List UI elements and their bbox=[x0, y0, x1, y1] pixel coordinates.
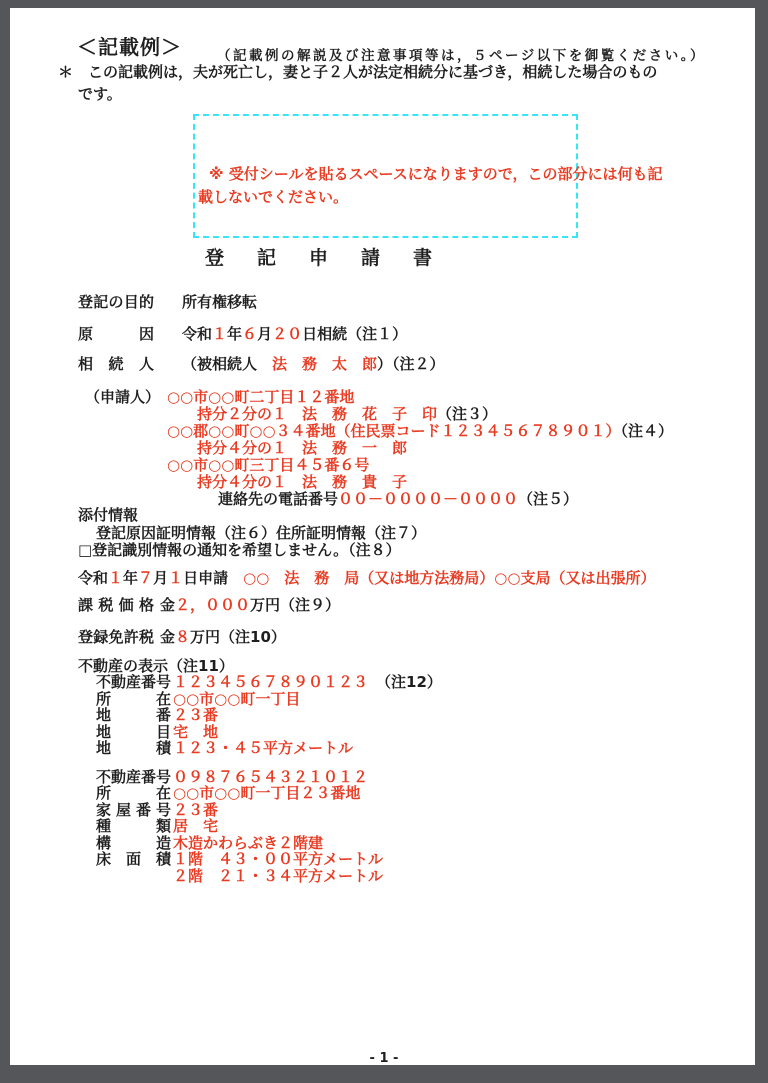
property2-type-label: 種類 bbox=[96, 818, 171, 835]
applicant-share-2: 持分４分の１ 法 務 一 郎 bbox=[197, 440, 407, 457]
applicant-address-3-text: ○○市○○町三丁目４５番６号 bbox=[167, 456, 369, 474]
applicant-address-1-text: ○○市○○町二丁目１２番地 bbox=[167, 388, 354, 406]
property2-floorarea-row1: 床面積１階 ４３・００平方メートル bbox=[96, 851, 383, 868]
contact-phone-number: ００－００００－００００ bbox=[338, 490, 518, 508]
property1-number-row: 不動産番号１２３４５６７８９０１２３（注12） bbox=[96, 674, 442, 691]
seal-space-note-line2: 載しないでください。 bbox=[198, 189, 348, 206]
cause-era: 令和 bbox=[182, 325, 212, 343]
property1-area-label: 地積 bbox=[96, 740, 171, 757]
example-description-line: ＊この記載例は，夫が死亡し，妻と子２人が法定相続分に基づき，相続した場合のもの bbox=[58, 64, 657, 81]
contact-phone-note: （注５） bbox=[518, 490, 578, 508]
application-year: １ bbox=[108, 569, 123, 587]
property2-location-value: ○○市○○町一丁目２３番地 bbox=[173, 784, 360, 802]
cause-month: ６ bbox=[242, 325, 257, 343]
registration-tax-suffix: 万円（注10） bbox=[190, 628, 286, 646]
property2-floorarea-value2: ２階 ２１・３４平方メートル bbox=[173, 867, 383, 885]
property1-area-value: １２３・４５平方メートル bbox=[173, 739, 353, 757]
applicant-label: （申請人） bbox=[85, 389, 160, 406]
attachments-items: 登記原因証明情報（注６）住所証明情報（注７） bbox=[96, 525, 426, 542]
property1-number-label: 不動産番号 bbox=[96, 674, 171, 691]
attachments-checkbox-line: □登記識別情報の通知を希望しません。（注８） bbox=[78, 542, 401, 559]
application-suffix: 日申請 bbox=[183, 569, 243, 587]
assessed-value-label: 課税価格 bbox=[78, 597, 154, 614]
applicant-share-2-text: 持分４分の１ 法 務 一 郎 bbox=[197, 439, 407, 457]
assessed-value-suffix: 万円（注９） bbox=[250, 596, 340, 614]
legal-affairs-office: ○○ 法 務 局（又は地方法務局）○○支局（又は出張所） bbox=[243, 569, 655, 587]
applicant-address-2: ○○郡○○町○○３４番地（住民票コード１２３４５６７８９０１）（注４） bbox=[167, 423, 673, 440]
document-title: 登記申請書 bbox=[205, 250, 465, 267]
property2-floorarea-row2: ２階 ２１・３４平方メートル bbox=[96, 868, 383, 885]
property2-location-label: 所在 bbox=[96, 785, 171, 802]
contact-phone-label: 連絡先の電話番号 bbox=[218, 490, 338, 508]
application-month-unit: 月 bbox=[153, 569, 168, 587]
example-heading: ＜記載例＞ bbox=[77, 39, 182, 56]
seal-space-note-line1: ※ 受付シールを貼るスペースになりますので，この部分には何も記 bbox=[209, 166, 662, 183]
property2-type-value: 居 宅 bbox=[173, 817, 218, 835]
cause-day: ２０ bbox=[272, 325, 302, 343]
attachments-heading: 添付情報 bbox=[78, 507, 138, 524]
heir-prefix: （被相続人 bbox=[182, 355, 272, 373]
field-cause: 原因令和１年６月２０日相続（注１） bbox=[78, 326, 407, 343]
property2-location-row: 所在○○市○○町一丁目２３番地 bbox=[96, 785, 360, 802]
reception-seal-space-box: ※ 受付シールを貼るスペースになりますので，この部分には何も記 載しないでくださ… bbox=[193, 114, 578, 238]
applicant-share-3-text: 持分４分の１ 法 務 貴 子 bbox=[197, 473, 407, 491]
applicant-share-3: 持分４分の１ 法 務 貴 子 bbox=[197, 474, 407, 491]
contact-phone: 連絡先の電話番号００－００００－００００（注５） bbox=[218, 491, 578, 508]
application-line: 令和１年７月１日申請 ○○ 法 務 局（又は地方法務局）○○支局（又は出張所） bbox=[78, 570, 655, 587]
application-era: 令和 bbox=[78, 569, 108, 587]
registration-tax-label: 登録免許税 bbox=[78, 629, 154, 646]
page-number: - 1 - bbox=[0, 1050, 768, 1067]
asterisk-mark: ＊ bbox=[58, 63, 73, 81]
field-purpose: 登記の目的所有権移転 bbox=[78, 294, 257, 311]
applicant-address-2-text: ○○郡○○町○○３４番地（住民票コード１２３４５６７８９０１） bbox=[167, 422, 621, 440]
cause-month-unit: 月 bbox=[257, 325, 272, 343]
application-year-unit: 年 bbox=[123, 569, 138, 587]
document-canvas: ＜記載例＞ （記載例の解説及び注意事項等は，５ページ以下を御覧ください。） ＊こ… bbox=[0, 0, 768, 1083]
field-heir-label: 相続人 bbox=[78, 356, 154, 373]
example-description-text: この記載例は，夫が死亡し，妻と子２人が法定相続分に基づき，相続した場合のもの bbox=[88, 63, 657, 81]
applicant-share-1: 持分２分の１ 法 務 花 子 印（注３） bbox=[197, 406, 497, 423]
application-day: １ bbox=[168, 569, 183, 587]
property1-area-row: 地積１２３・４５平方メートル bbox=[96, 740, 353, 757]
heir-suffix: ）（注２） bbox=[377, 355, 445, 373]
applicant-address-3: ○○市○○町三丁目４５番６号 bbox=[167, 457, 369, 474]
property2-floorarea-label: 床面積 bbox=[96, 851, 171, 868]
registration-tax-line: 登録免許税金８万円（注10） bbox=[78, 629, 286, 646]
field-cause-label: 原因 bbox=[78, 326, 154, 343]
assessed-value-amount: ２，０００ bbox=[175, 596, 250, 614]
assessed-value-prefix: 金 bbox=[160, 596, 175, 614]
field-purpose-value: 所有権移転 bbox=[182, 293, 257, 311]
field-heir: 相続人（被相続人 法 務 太 郎）（注２） bbox=[78, 356, 445, 373]
applicant-address-2-note: （注４） bbox=[621, 422, 674, 440]
property2-type-row: 種類居 宅 bbox=[96, 818, 218, 835]
deceased-name: 法 務 太 郎 bbox=[272, 355, 377, 373]
property1-lot-value: ２３番 bbox=[173, 706, 218, 724]
field-purpose-label: 登記の目的 bbox=[78, 294, 154, 311]
assessed-value-line: 課税価格金２，０００万円（注９） bbox=[78, 597, 340, 614]
property1-number-value: １２３４５６７８９０１２３ bbox=[173, 673, 368, 691]
property1-lot-label: 地番 bbox=[96, 707, 171, 724]
example-description-cont: です。 bbox=[78, 86, 122, 103]
cause-suffix: 日相続 bbox=[302, 325, 347, 343]
applicant-address-1: ○○市○○町二丁目１２番地 bbox=[167, 389, 354, 406]
property2-floorarea-value1: １階 ４３・００平方メートル bbox=[173, 850, 383, 868]
cause-year-unit: 年 bbox=[227, 325, 242, 343]
registration-tax-prefix: 金 bbox=[160, 628, 175, 646]
property1-lot-row: 地番２３番 bbox=[96, 707, 218, 724]
applicant-share-1-note: （注３） bbox=[437, 405, 497, 423]
applicant-share-1-text: 持分２分の１ 法 務 花 子 印 bbox=[197, 405, 437, 423]
cause-year: １ bbox=[212, 325, 227, 343]
property1-number-note: （注12） bbox=[376, 673, 442, 691]
cause-note-ref: （注１） bbox=[347, 325, 407, 343]
application-month: ７ bbox=[138, 569, 153, 587]
registration-tax-amount: ８ bbox=[175, 628, 190, 646]
